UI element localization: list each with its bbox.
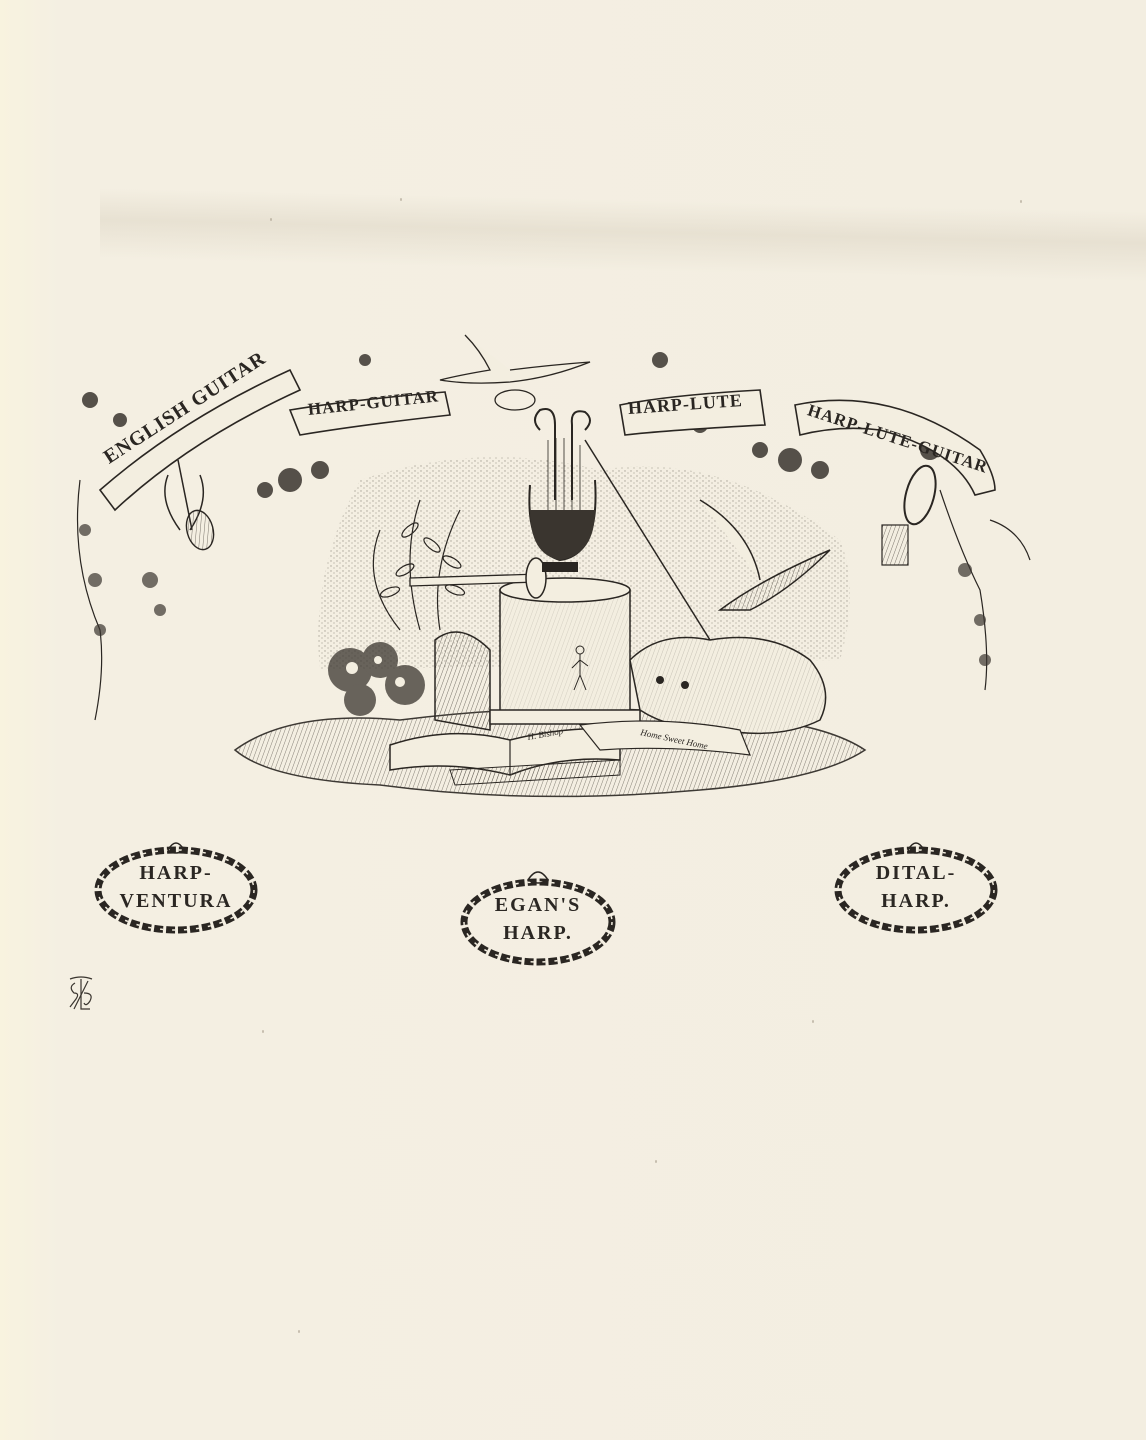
paper-speck bbox=[298, 1330, 300, 1333]
paper-speck bbox=[1020, 200, 1022, 203]
wreath-line-1: HARP- bbox=[92, 860, 260, 886]
wreath-harp-ventura: HARP- VENTURA bbox=[92, 838, 260, 936]
wreath-dital-harp: DITAL- HARP. bbox=[832, 838, 1000, 936]
monogram-icon bbox=[66, 975, 96, 1015]
wreath-egans-harp: EGAN'S HARP. bbox=[458, 866, 618, 966]
wreath-line-1: EGAN'S bbox=[458, 892, 618, 918]
paper-speck bbox=[400, 198, 402, 201]
wreath-line-1: DITAL- bbox=[832, 860, 1000, 886]
wreath-line-2: VENTURA bbox=[92, 888, 260, 914]
engraved-vignette: H. Bishop Home Sweet Home bbox=[60, 330, 1060, 810]
wreath-line-2: HARP. bbox=[458, 920, 618, 946]
paper-speck bbox=[655, 1160, 657, 1163]
laurel-wreath-icon bbox=[92, 838, 260, 936]
artist-monogram bbox=[66, 975, 96, 1015]
paper-speck bbox=[812, 1020, 814, 1023]
paper-speck bbox=[270, 218, 272, 221]
laurel-wreath-icon bbox=[832, 838, 1000, 936]
paper-shadow bbox=[100, 188, 1146, 282]
wreath-line-2: HARP. bbox=[832, 888, 1000, 914]
paper-speck bbox=[262, 1030, 264, 1033]
